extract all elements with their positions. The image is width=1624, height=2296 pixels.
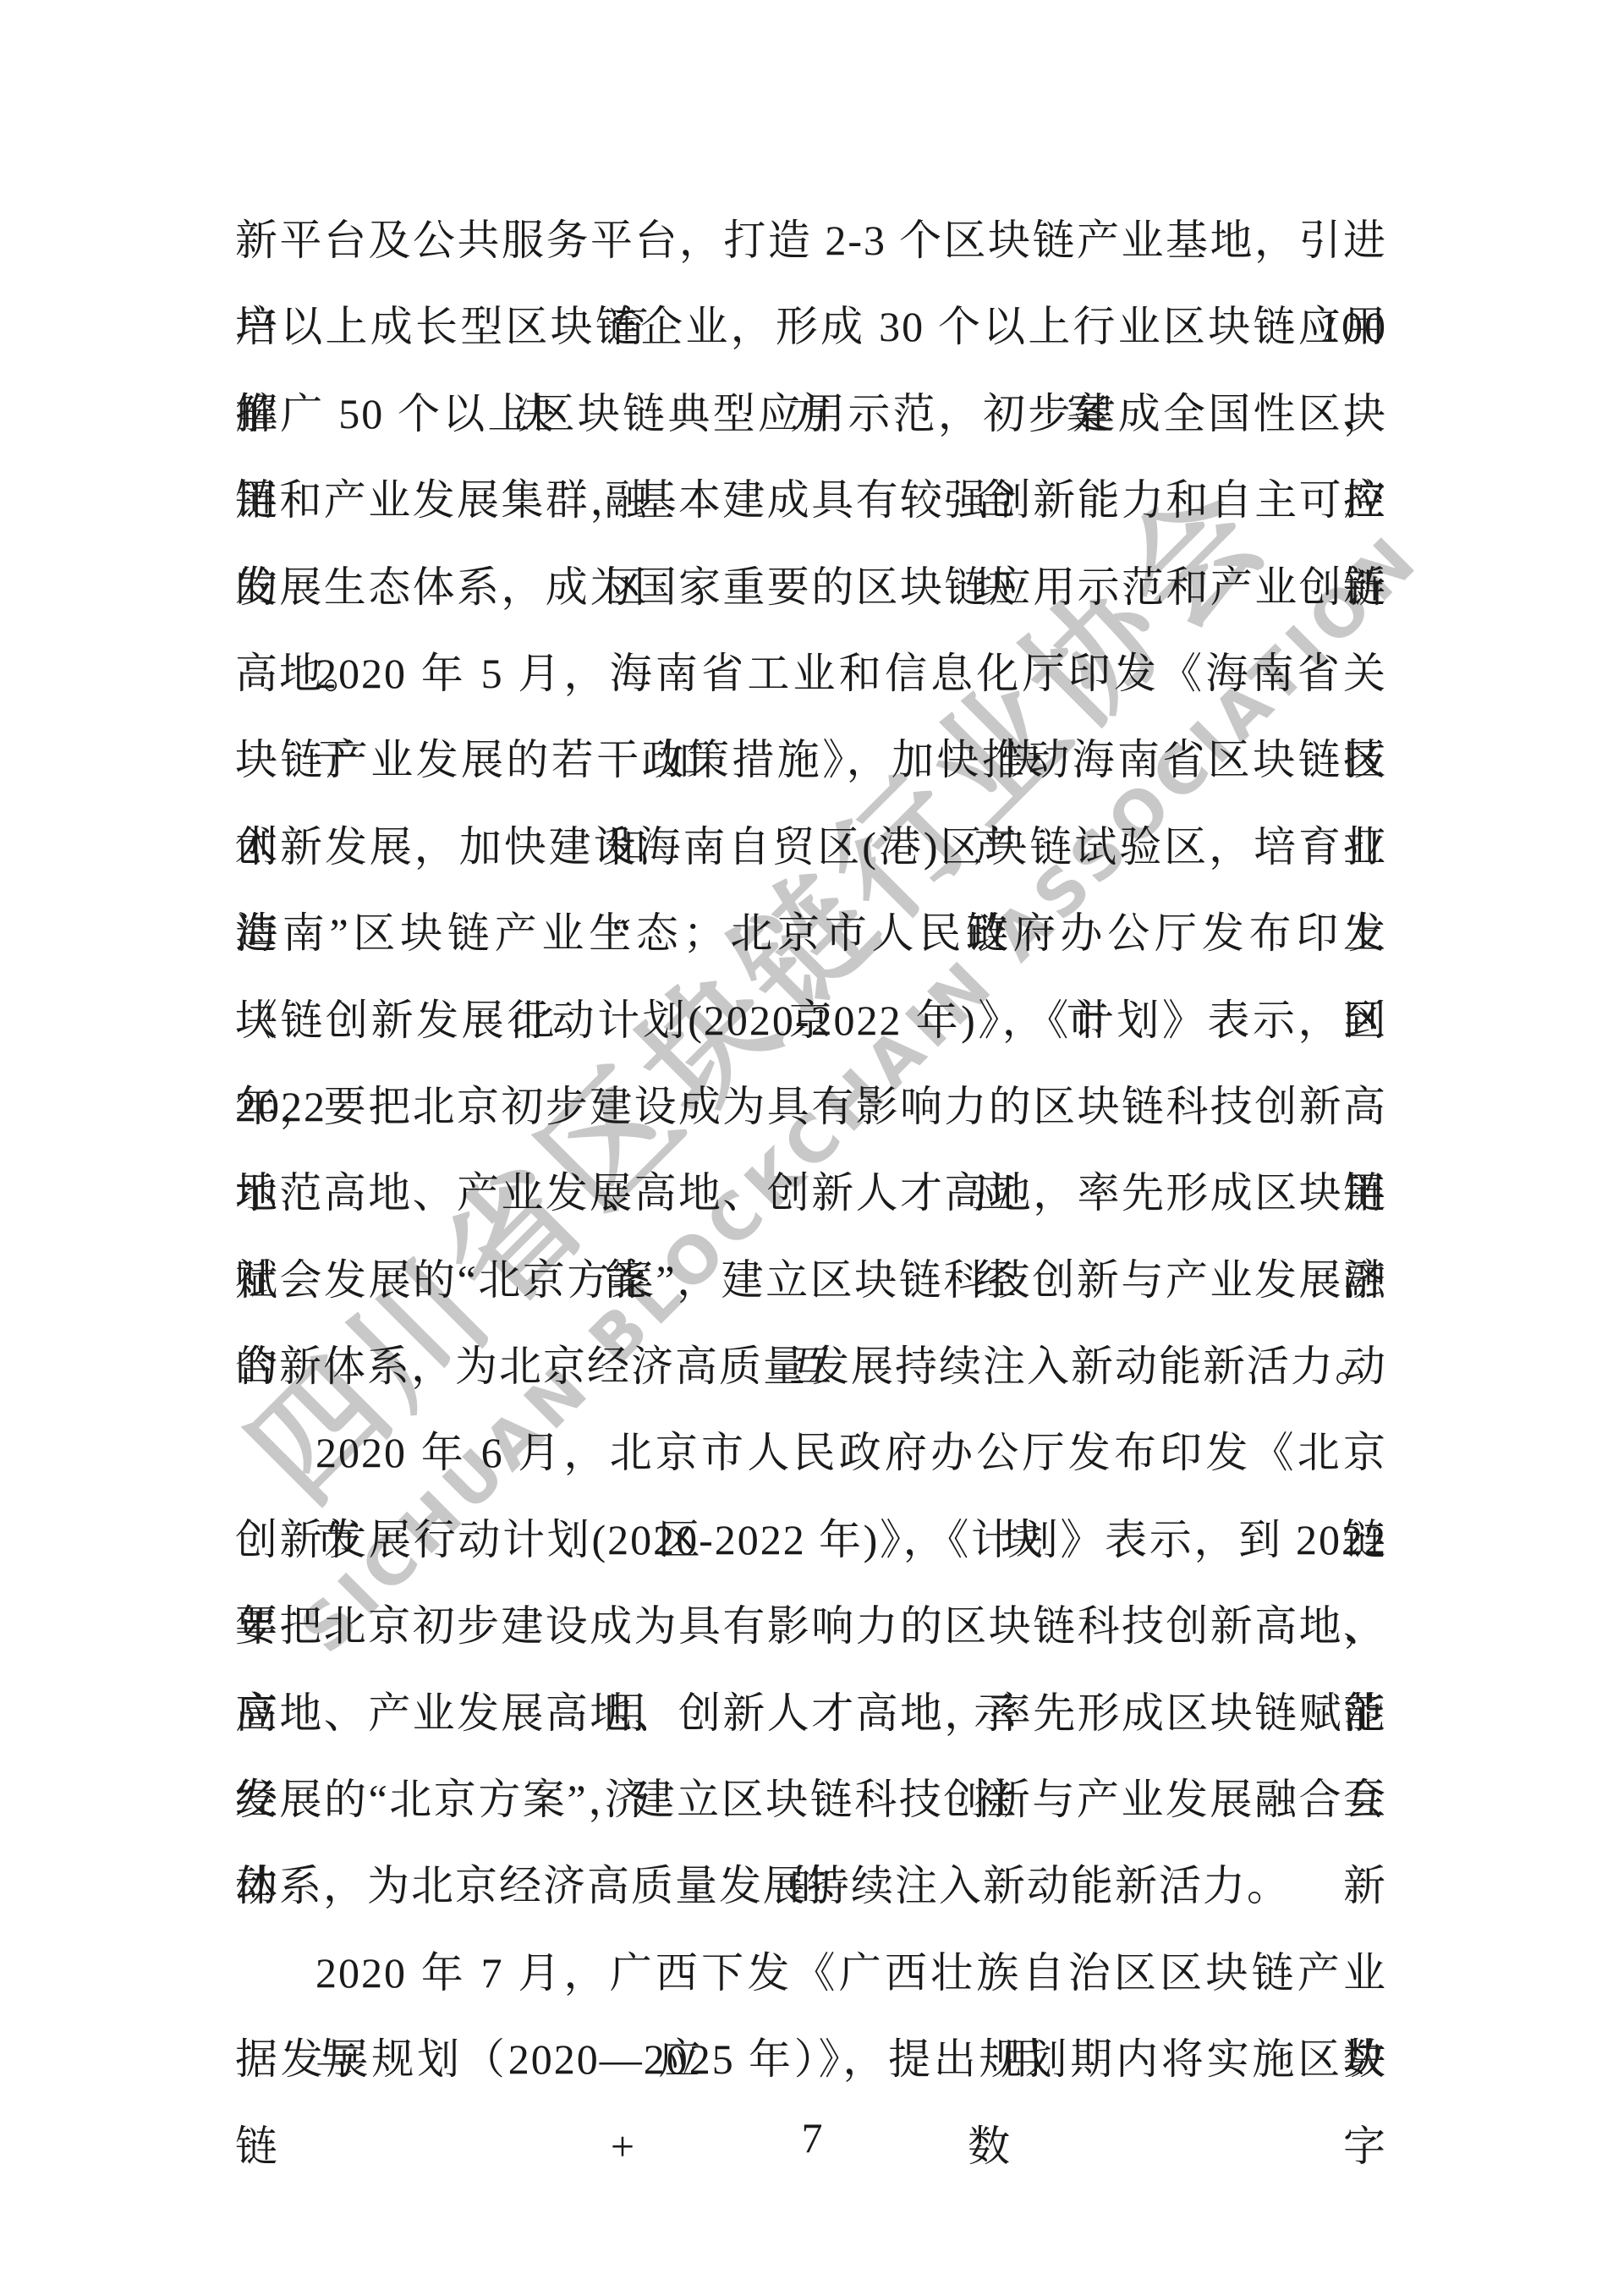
page-number: 7 bbox=[0, 2113, 1624, 2162]
text-line: 据发展规划（2020—2025 年）》，提出规划期内将实施区块链+数字 bbox=[235, 2016, 1387, 2102]
text-line: 体系，为北京经济高质量发展持续注入新动能新活力。 bbox=[235, 1843, 1387, 1929]
text-line: 创新发展行动计划(2020-2022 年)》，《计划》表示，到 2022 年， bbox=[235, 1497, 1387, 1583]
text-line: 创新发展，加快建设海南自贸区(港)区块链试验区，培育打造“链上 bbox=[235, 804, 1387, 890]
text-line: 块链产业发展的若干政策措施》，加快推动海南省区块链技术和产业 bbox=[235, 717, 1387, 803]
document-page: 四川省区块链行业协会 SICHUAN BLOCKCHAIN ASSOCIATIO… bbox=[0, 0, 1624, 2296]
text-line: 高地、产业发展高地、创新人才高地，率先形成区块链赋能经济社会 bbox=[235, 1670, 1387, 1756]
text-line: 户以上成长型区块链企业，形成 30 个以上行业区块链应用解决方案， bbox=[235, 283, 1387, 370]
text-line: 海南”区块链产业生态；北京市人民政府办公厅发布印发《北京市区 bbox=[235, 890, 1387, 976]
text-line: 用和产业发展集群，基本建成具有较强创新能力和自主可控的区块链 bbox=[235, 457, 1387, 543]
text-line: 2020 年 6 月，北京市人民政府办公厅发布印发《北京市区块链 bbox=[235, 1409, 1387, 1496]
text-line: 块链创新发展行动计划(2020-2022 年)》，《计划》表示，到 2022 bbox=[235, 977, 1387, 1063]
text-line: 2020 年 7 月，广西下发《广西壮族自治区区块链产业与应用数 bbox=[235, 1930, 1387, 2016]
text-line: 发展的“北京方案”，建立区块链科技创新与产业发展融合互动的新 bbox=[235, 1756, 1387, 1843]
text-line: 年，要把北京初步建设成为具有影响力的区块链科技创新高地、应用 bbox=[235, 1063, 1387, 1150]
text-line: 2020 年 5 月，海南省工业和信息化厅印发《海南省关于加快区 bbox=[235, 630, 1387, 717]
document-body: 新平台及公共服务平台，打造 2-3 个区块链产业基地，引进培育 100户以上成长… bbox=[235, 197, 1387, 2103]
text-line: 新平台及公共服务平台，打造 2-3 个区块链产业基地，引进培育 100 bbox=[235, 197, 1387, 283]
text-line: 社会发展的“北京方案”，建立区块链科技创新与产业发展融合互动 bbox=[235, 1237, 1387, 1323]
text-line: 的新体系，为北京经济高质量发展持续注入新动能新活力。 bbox=[235, 1323, 1387, 1409]
text-line: 要把北京初步建设成为具有影响力的区块链科技创新高地、应用示范 bbox=[235, 1583, 1387, 1669]
text-line: 示范高地、产业发展高地、创新人才高地，率先形成区块链赋能经济 bbox=[235, 1150, 1387, 1236]
text-line: 推广 50 个以上区块链典型应用示范，初步建成全国性区块链融合应 bbox=[235, 371, 1387, 457]
text-line: 发展生态体系，成为国家重要的区块链应用示范和产业创新高地。 bbox=[235, 544, 1387, 630]
